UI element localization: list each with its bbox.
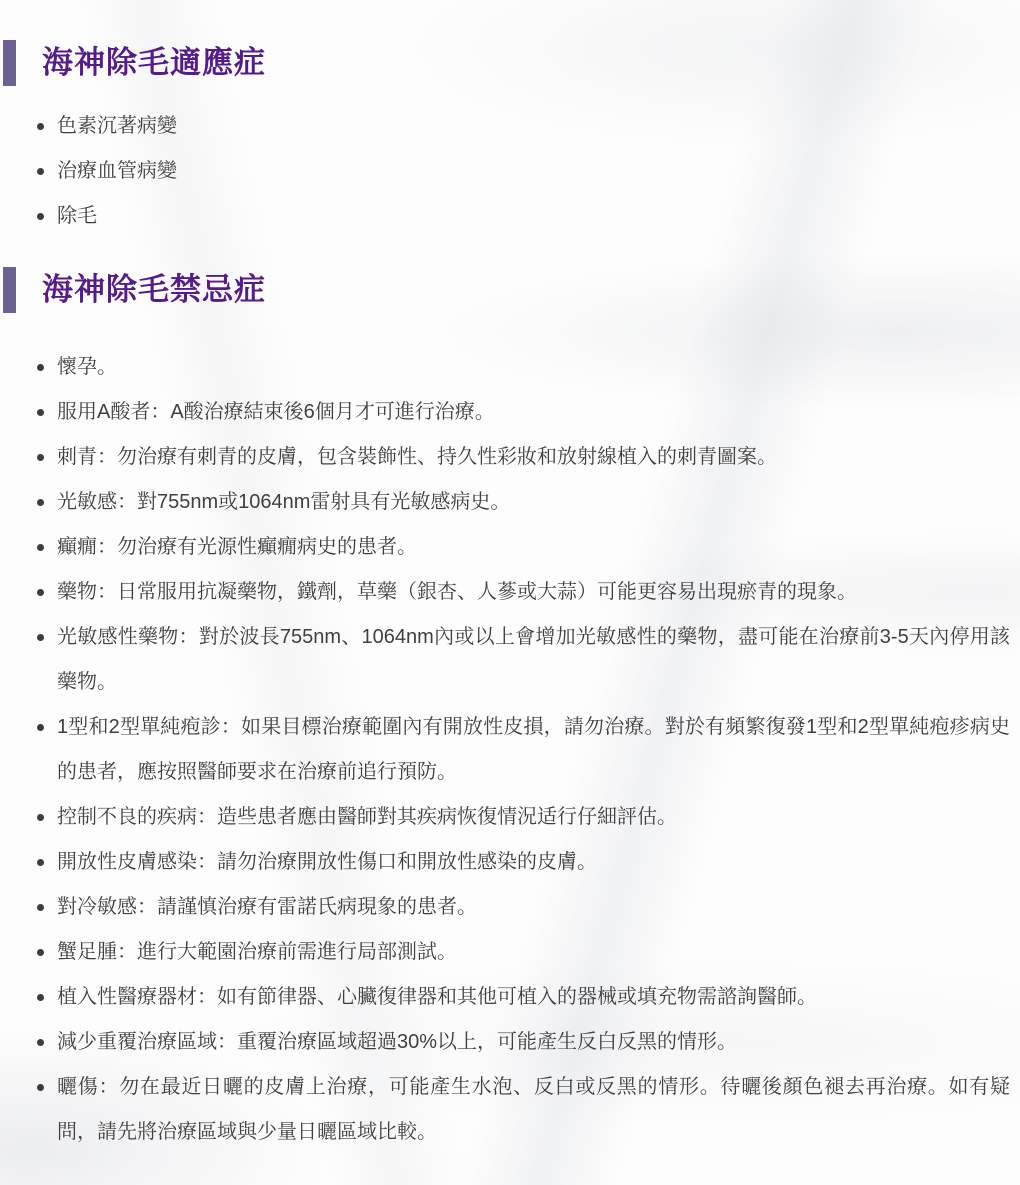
list-item: 刺青：勿治療有刺青的皮膚，包含裝飾性、持久性彩妝和放射線植入的刺青圖案。	[37, 435, 1010, 480]
list-item: 蟹足腫：進行大範園治療前需進行局部測試。	[37, 930, 1010, 975]
list-item: 對冷敏感：請謹慎治療有雷諾氏病現象的患者。	[37, 885, 1010, 930]
list-item: 曬傷：勿在最近日曬的皮膚上治療，可能產生水泡、反白或反黑的情形。待曬後顏色褪去再…	[37, 1065, 1010, 1155]
list-item: 光敏感：對755nm或1064nm雷射具有光敏感病史。	[37, 480, 1010, 525]
section-indications: 海神除毛適應症 色素沉著病變 治療血管病變 除毛	[0, 40, 1014, 239]
contraindications-title: 海神除毛禁忌症	[42, 272, 266, 308]
list-item: 服用A酸者：A酸治療結束後6個月才可進行治療。	[37, 390, 1010, 435]
list-item: 植入性醫療器材：如有節律器、心臟復律器和其他可植入的器械或填充物需諮詢醫師。	[37, 975, 1010, 1020]
list-item: 除毛	[37, 194, 1010, 239]
contraindications-heading: 海神除毛禁忌症	[0, 267, 1014, 313]
heading-accent-bar	[3, 267, 16, 313]
list-item: 色素沉著病變	[37, 104, 1010, 149]
list-item: 開放性皮膚感染：請勿治療開放性傷口和開放性感染的皮膚。	[37, 840, 1010, 885]
heading-accent-bar	[3, 40, 16, 86]
list-item: 治療血管病變	[37, 149, 1010, 194]
list-item: 1型和2型單純疱診：如果目標治療範圍內有開放性皮損，請勿治療。對於有頻繁復發1型…	[37, 705, 1010, 795]
list-item: 癲癇：勿治療有光源性癲癇病史的患者。	[37, 525, 1010, 570]
list-item: 藥物：日常服用抗凝藥物，鐵劑，草藥（銀杏、人蔘或大蒜）可能更容易出現瘀青的現象。	[37, 570, 1010, 615]
indications-list: 色素沉著病變 治療血管病變 除毛	[0, 104, 1014, 239]
indications-title: 海神除毛適應症	[42, 45, 266, 81]
list-item: 光敏感性藥物：對於波長755nm、1064nm內或以上會增加光敏感性的藥物，盡可…	[37, 615, 1010, 705]
list-item: 減少重覆治療區域：重覆治療區域超過30%以上，可能產生反白反黑的情形。	[37, 1020, 1010, 1065]
indications-heading: 海神除毛適應症	[0, 40, 1014, 86]
list-item: 控制不良的疾病：造些患者應由醫師對其疾病恢復情況适行仔細評估。	[37, 795, 1010, 840]
article-content: 海神除毛適應症 色素沉著病變 治療血管病變 除毛 海神除毛禁忌症 懷孕。 服用A…	[0, 0, 1020, 1185]
list-item: 懷孕。	[37, 345, 1010, 390]
contraindications-list: 懷孕。 服用A酸者：A酸治療結束後6個月才可進行治療。 刺青：勿治療有刺青的皮膚…	[0, 345, 1014, 1155]
section-contraindications: 海神除毛禁忌症 懷孕。 服用A酸者：A酸治療結束後6個月才可進行治療。 刺青：勿…	[0, 267, 1014, 1155]
